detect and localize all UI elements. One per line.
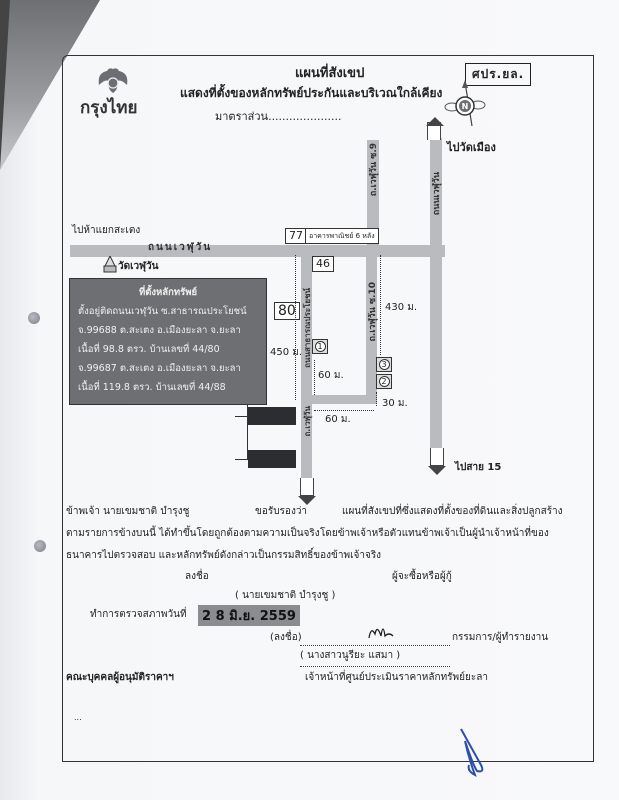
pointer-arrow (235, 416, 248, 417)
temple-icon (103, 256, 117, 273)
distance-450: 450 ม. (270, 345, 302, 360)
house-number-77: 77 (285, 228, 307, 244)
distance-line (314, 410, 374, 411)
direction-west-label: ไปห้าแยกสะเตง (72, 223, 140, 238)
north-arrowhead-icon (426, 117, 444, 126)
south-arrowhead-icon (428, 466, 446, 475)
punch-hole (28, 312, 40, 324)
direction-south-label: ไปสาย 15 (455, 460, 501, 475)
cert-line1-c: แผนที่สังเขปที่ซึ่งแสดงที่ตั้งของที่ดินแ… (342, 502, 563, 522)
info-line: เนื้อที่ 119.8 ตรว. บ้านเลขที่ 44/88 (78, 378, 258, 397)
direction-north-label: ไปวัดเมือง (447, 138, 496, 156)
house-number-46: 46 (312, 256, 334, 272)
south-arrow-icon (430, 448, 444, 466)
soi10-label: ถ.เวฬุวัน ซ.10 (366, 282, 380, 342)
main-road-label: ถนนเวฬุวัน (148, 240, 212, 255)
pointer-line (247, 405, 248, 460)
reporter-name: ( นางสาวนูรียะ แสมา ) (300, 646, 400, 666)
inspection-date-stamp: 2 8 มิ.ย. 2559 (198, 605, 300, 626)
reporter-title: เจ้าหน้าที่ศูนย์ประเมินราคาหลักทรัพย์ยะล… (305, 668, 488, 688)
temple-label: วัดเวฬุวัน (118, 259, 158, 274)
cert-line1-b: ขอรับรองว่า (255, 502, 307, 522)
inspection-label: ทำการตรวจสภาพวันที่ (90, 605, 187, 625)
name-line (300, 666, 450, 667)
ellipsis: ... (74, 708, 82, 728)
info-line: ตั้งอยู่ติดถนนเวฬุวัน ซ.สาธารณประโยชน์ (78, 302, 258, 321)
marker-2: 2 (376, 374, 392, 389)
distance-line (380, 255, 381, 355)
owner-role-label: ผู้จะซื้อหรือผู้กู้ (392, 567, 452, 587)
soi9-label: ถ.เวฬุวัน ซ.9 (367, 143, 381, 196)
building-label: อาคารพาณิชย์ 6 หลัง (305, 228, 379, 244)
pointer-arrow (235, 459, 248, 460)
reporter-signature (365, 620, 405, 644)
east-road-label: ถนนเวฬุวัน (430, 172, 444, 215)
cert-line3: ธนาคารไปตรวจสอบ และหลักทรัพย์ดังกล่าวเป็… (66, 546, 381, 566)
distance-30: 30 ม. (382, 396, 408, 411)
reporter-role: กรรมการ/ผู้ทำรายงาน (452, 628, 548, 648)
info-line: จ.99687 ต.สะเตง อ.เมืองยะลา จ.ยะลา (78, 359, 258, 378)
distance-60-vertical: 60 ม. (318, 368, 344, 383)
page-subtitle: แสดงที่ตั้งของหลักทรัพย์ประกันและบริเวณใ… (180, 84, 442, 103)
info-line: เนื้อที่ 98.8 ตรว. บ้านเลขที่ 44/80 (78, 340, 258, 359)
distance-60-horizontal: 60 ม. (325, 412, 351, 427)
owner-name: ( นายเขมชาติ บำรุงชู ) (235, 586, 335, 606)
bank-logo-text: กรุงไทย (80, 94, 137, 121)
info-line: จ.99688 ต.สะเตง อ.เมืองยะลา จ.ยะลา (78, 321, 258, 340)
sign-label-2: (ลงชื่อ) (270, 628, 302, 648)
punch-hole (34, 540, 46, 552)
cert-line2-b: โดยข้าพเจ้าหรือตัวแทนข้าพเจ้าเป็นผู้นำเจ… (320, 524, 549, 544)
approval-signature (455, 725, 495, 780)
distance-line (295, 255, 296, 400)
page-title: แผนที่สังเขป (295, 62, 364, 83)
marker-1: 1 (312, 339, 328, 354)
scale-label: มาตราส่วน..................... (215, 107, 342, 125)
sathan-south-arrow-icon (300, 478, 314, 496)
committee-label: คณะบุคคลผู้อนุมัติราคาฯ (66, 668, 174, 688)
distance-line (376, 392, 377, 406)
sathan-road-label: ถนนสาธารณประโยชน์ (301, 288, 314, 368)
cert-line1-a: ข้าพเจ้า นายเขมชาติ บำรุงชู (66, 502, 189, 522)
compass-north-icon: N (440, 80, 490, 130)
sign-label: ลงชื่อ (185, 567, 209, 587)
info-heading: ที่ตั้งหลักทรัพย์ (78, 283, 258, 302)
marker-3: 3 (376, 357, 392, 372)
svg-text:N: N (462, 102, 469, 111)
road-connector (301, 395, 377, 404)
collateral-info-box: ที่ตั้งหลักทรัพย์ ตั้งอยู่ติดถนนเวฬุวัน … (69, 278, 267, 405)
parcel-block (248, 407, 296, 425)
cert-line2-a: ตามรายการข้างบนนี้ ได้ทำขึ้นโดยถูกต้องตา… (66, 524, 320, 544)
krungthai-bird-logo-icon (95, 65, 131, 95)
parcel-block (248, 450, 296, 468)
distance-430: 430 ม. (385, 300, 417, 315)
road-velvun-main (70, 245, 445, 257)
distance-line (314, 360, 315, 395)
lower-road-label: ถ.เวฬุวัน (301, 406, 314, 437)
